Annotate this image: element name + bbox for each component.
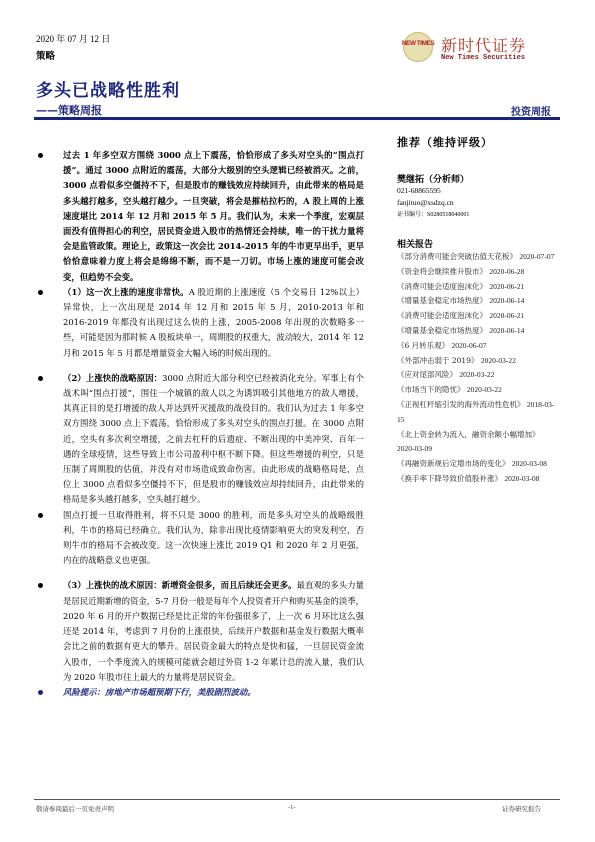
related-report-date: 2020-06-28 (489, 267, 524, 276)
bullet-dot-icon (38, 513, 43, 518)
related-report-title: 《消费可能会适度泡沫化》 (397, 282, 487, 291)
related-report-title: 《6 月转乐观》 (397, 341, 449, 350)
related-report-item[interactable]: 《市场当下的隐忧》 2020-03-22 (397, 383, 557, 398)
page-number: -1- (288, 804, 296, 811)
footer-rule (34, 799, 560, 800)
related-report-date: 2020-03-09 (397, 444, 432, 453)
related-report-item[interactable]: 《再融资新规后定增市场的变化》 2020-03-08 (397, 457, 557, 472)
related-report-date: 2020-03-22 (481, 356, 516, 365)
main-body: 过去 1 年多空双方围绕 3000 点上下震荡，恰恰形成了多头对空头的“围点打援… (36, 148, 364, 700)
analyst-email[interactable]: fanjituo@xsdzq.cn (397, 197, 557, 209)
related-report-date: 2020-06-21 (489, 282, 524, 291)
report-category: 策略 (36, 48, 55, 62)
related-report-title: 《市场当下的隐忧》 (397, 385, 465, 394)
rating: 推荐（维持评级） (397, 134, 557, 150)
related-report-date: 2020-06-07 (452, 341, 487, 350)
analyst-license: 证书编号：S0280518040001 (397, 209, 557, 221)
bullet-risk: 风险提示：房地产市场超预期下行，美股剧烈波动。 (36, 685, 364, 700)
related-report-item[interactable]: 《消费可能会适度泡沫化》 2020-06-21 (397, 309, 557, 324)
related-report-item[interactable]: 《应对尾部风险》 2020-03-22 (397, 368, 557, 383)
bullet-lead: （3）上涨快的战术原因：新增资金很多，而且后续还会更多。 (63, 580, 297, 590)
related-report-item[interactable]: 《资金将会继续推升股市》 2020-06-28 (397, 265, 557, 280)
related-report-title: 《资金将会继续推升股市》 (397, 267, 487, 276)
logo-emblem-icon: NEW TIMES (403, 32, 433, 62)
bullet-dot-icon (38, 690, 43, 695)
related-report-item[interactable]: 《正视杠杆缩引发的海外流动性危机》 2018-03-15 (397, 398, 557, 428)
related-report-item[interactable]: 《外部冲击弱于 2019》 2020-03-22 (397, 354, 557, 369)
bullet-summary: 过去 1 年多空双方围绕 3000 点上下震荡，恰恰形成了多头对空头的“围点打援… (36, 148, 364, 285)
related-report-title: 《北上资金转为流入，融资余额小幅增加》 (397, 430, 540, 439)
related-report-date: 2020-03-22 (467, 385, 502, 394)
bullet-dot-icon (38, 153, 43, 158)
analyst-phone: 021-68865595 (397, 185, 557, 197)
sidebar: 推荐（维持评级） 樊继拓（分析师） 021-68865595 fanjituo@… (397, 134, 557, 487)
report-title: 多头已战略性胜利 (36, 76, 180, 101)
bullet-speed: （1）这一次上涨的速度非常快。A 股近期的上涨速度（5 个交易日 12%以上）异… (36, 285, 364, 361)
related-report-item[interactable]: 《增量基金稳定市场热度》 2020-06-14 (397, 324, 557, 339)
related-report-item[interactable]: 《北上资金转为流入，融资余额小幅增加》 2020-03-09 (397, 428, 557, 458)
related-report-date: 2020-06-14 (489, 296, 524, 305)
bullet-text: A 股近期的上涨速度（5 个交易日 12%以上）异常快，上一次出现是 2014 … (63, 287, 364, 358)
related-reports-list: 《部分消费可能会突破估值天花板》 2020-07-07《资金将会继续推升股市》 … (397, 250, 557, 487)
risk-text: 风险提示：房地产市场超预期下行，美股剧烈波动。 (63, 687, 256, 697)
company-logo: NEW TIMES 新时代证券 New Times Securities (403, 32, 563, 66)
related-report-date: 2020-03-08 (512, 459, 547, 468)
bullet-text: 过去 1 年多空双方围绕 3000 点上下震荡，恰恰形成了多头对空头的“围点打援… (63, 150, 364, 282)
related-reports-title: 相关报告 (397, 237, 557, 250)
bullet-dot-icon (38, 583, 43, 588)
header-rule (34, 117, 560, 120)
related-report-title: 《应对尾部风险》 (397, 370, 457, 379)
related-report-item[interactable]: 《增量基金稳定市场热度》 2020-06-14 (397, 294, 557, 309)
related-report-item[interactable]: 《部分消费可能会突破估值天花板》 2020-07-07 (397, 250, 557, 265)
related-report-date: 2020-06-14 (489, 326, 524, 335)
related-report-title: 《外部冲击弱于 2019》 (397, 356, 478, 365)
bullet-dot-icon (38, 376, 43, 381)
related-report-title: 《消费可能会适度泡沫化》 (397, 311, 487, 320)
bullet-text: 3000 点附近大部分利空已经被消化充分。军事上有个战术叫“围点打援”，围住一个… (63, 373, 364, 505)
report-subtitle: ——策略周报 (36, 102, 102, 118)
bullet-text: 围点打援一旦取得胜利，将不只是 3000 的胜利，而是多头对空头的战略级胜利，牛… (63, 510, 364, 566)
bullet-victory: 围点打援一旦取得胜利，将不只是 3000 的胜利，而是多头对空头的战略级胜利，牛… (36, 508, 364, 569)
related-report-date: 2020-03-08 (504, 474, 539, 483)
bullet-text: 最直观的多头力量是居民近期新增的资金，5-7 月份一般是每年个人投资者开户和购买… (63, 580, 364, 681)
related-report-item[interactable]: 《消费可能会适度泡沫化》 2020-06-21 (397, 280, 557, 295)
related-report-item[interactable]: 《换手率下降导致价值股补涨》 2020-03-08 (397, 472, 557, 487)
bullet-strategic-reason: （2）上涨快的战略原因：3000 点附近大部分利空已经被消化充分。军事上有个战术… (36, 371, 364, 508)
bullet-dot-icon (38, 290, 43, 295)
related-report-title: 《部分消费可能会突破估值天花板》 (397, 252, 517, 261)
report-date: 2020 年 07 月 12 日 (36, 32, 110, 45)
bullet-lead: （1）这一次上涨的速度非常快。 (63, 287, 189, 297)
related-report-title: 《再融资新规后定增市场的变化》 (397, 459, 510, 468)
footer-disclaimer: 敬请参阅最后一页免责声明 (36, 804, 114, 813)
analyst-name: 樊继拓（分析师） (397, 172, 557, 185)
related-report-date: 2020-07-07 (519, 252, 554, 261)
related-report-date: 2020-06-21 (489, 311, 524, 320)
bullet-lead: （2）上涨快的战略原因： (63, 373, 162, 383)
logo-emblem-text: NEW TIMES (399, 40, 437, 47)
related-report-item[interactable]: 《6 月转乐观》 2020-06-07 (397, 339, 557, 354)
related-report-title: 《正视杠杆缩引发的海外流动性危机》 (397, 400, 525, 409)
bullet-tactical-reason: （3）上涨快的战术原因：新增资金很多，而且后续还会更多。最直观的多头力量是居民近… (36, 578, 364, 684)
related-report-title: 《增量基金稳定市场热度》 (397, 296, 487, 305)
footer-label: 证券研究报告 (502, 804, 541, 813)
logo-name-en: New Times Securities (441, 54, 525, 62)
related-report-title: 《增量基金稳定市场热度》 (397, 326, 487, 335)
related-report-date: 2020-03-22 (459, 370, 494, 379)
related-report-title: 《换手率下降导致价值股补涨》 (397, 474, 502, 483)
report-type: 投资周报 (511, 103, 551, 118)
logo-name-cn: 新时代证券 (441, 33, 526, 56)
